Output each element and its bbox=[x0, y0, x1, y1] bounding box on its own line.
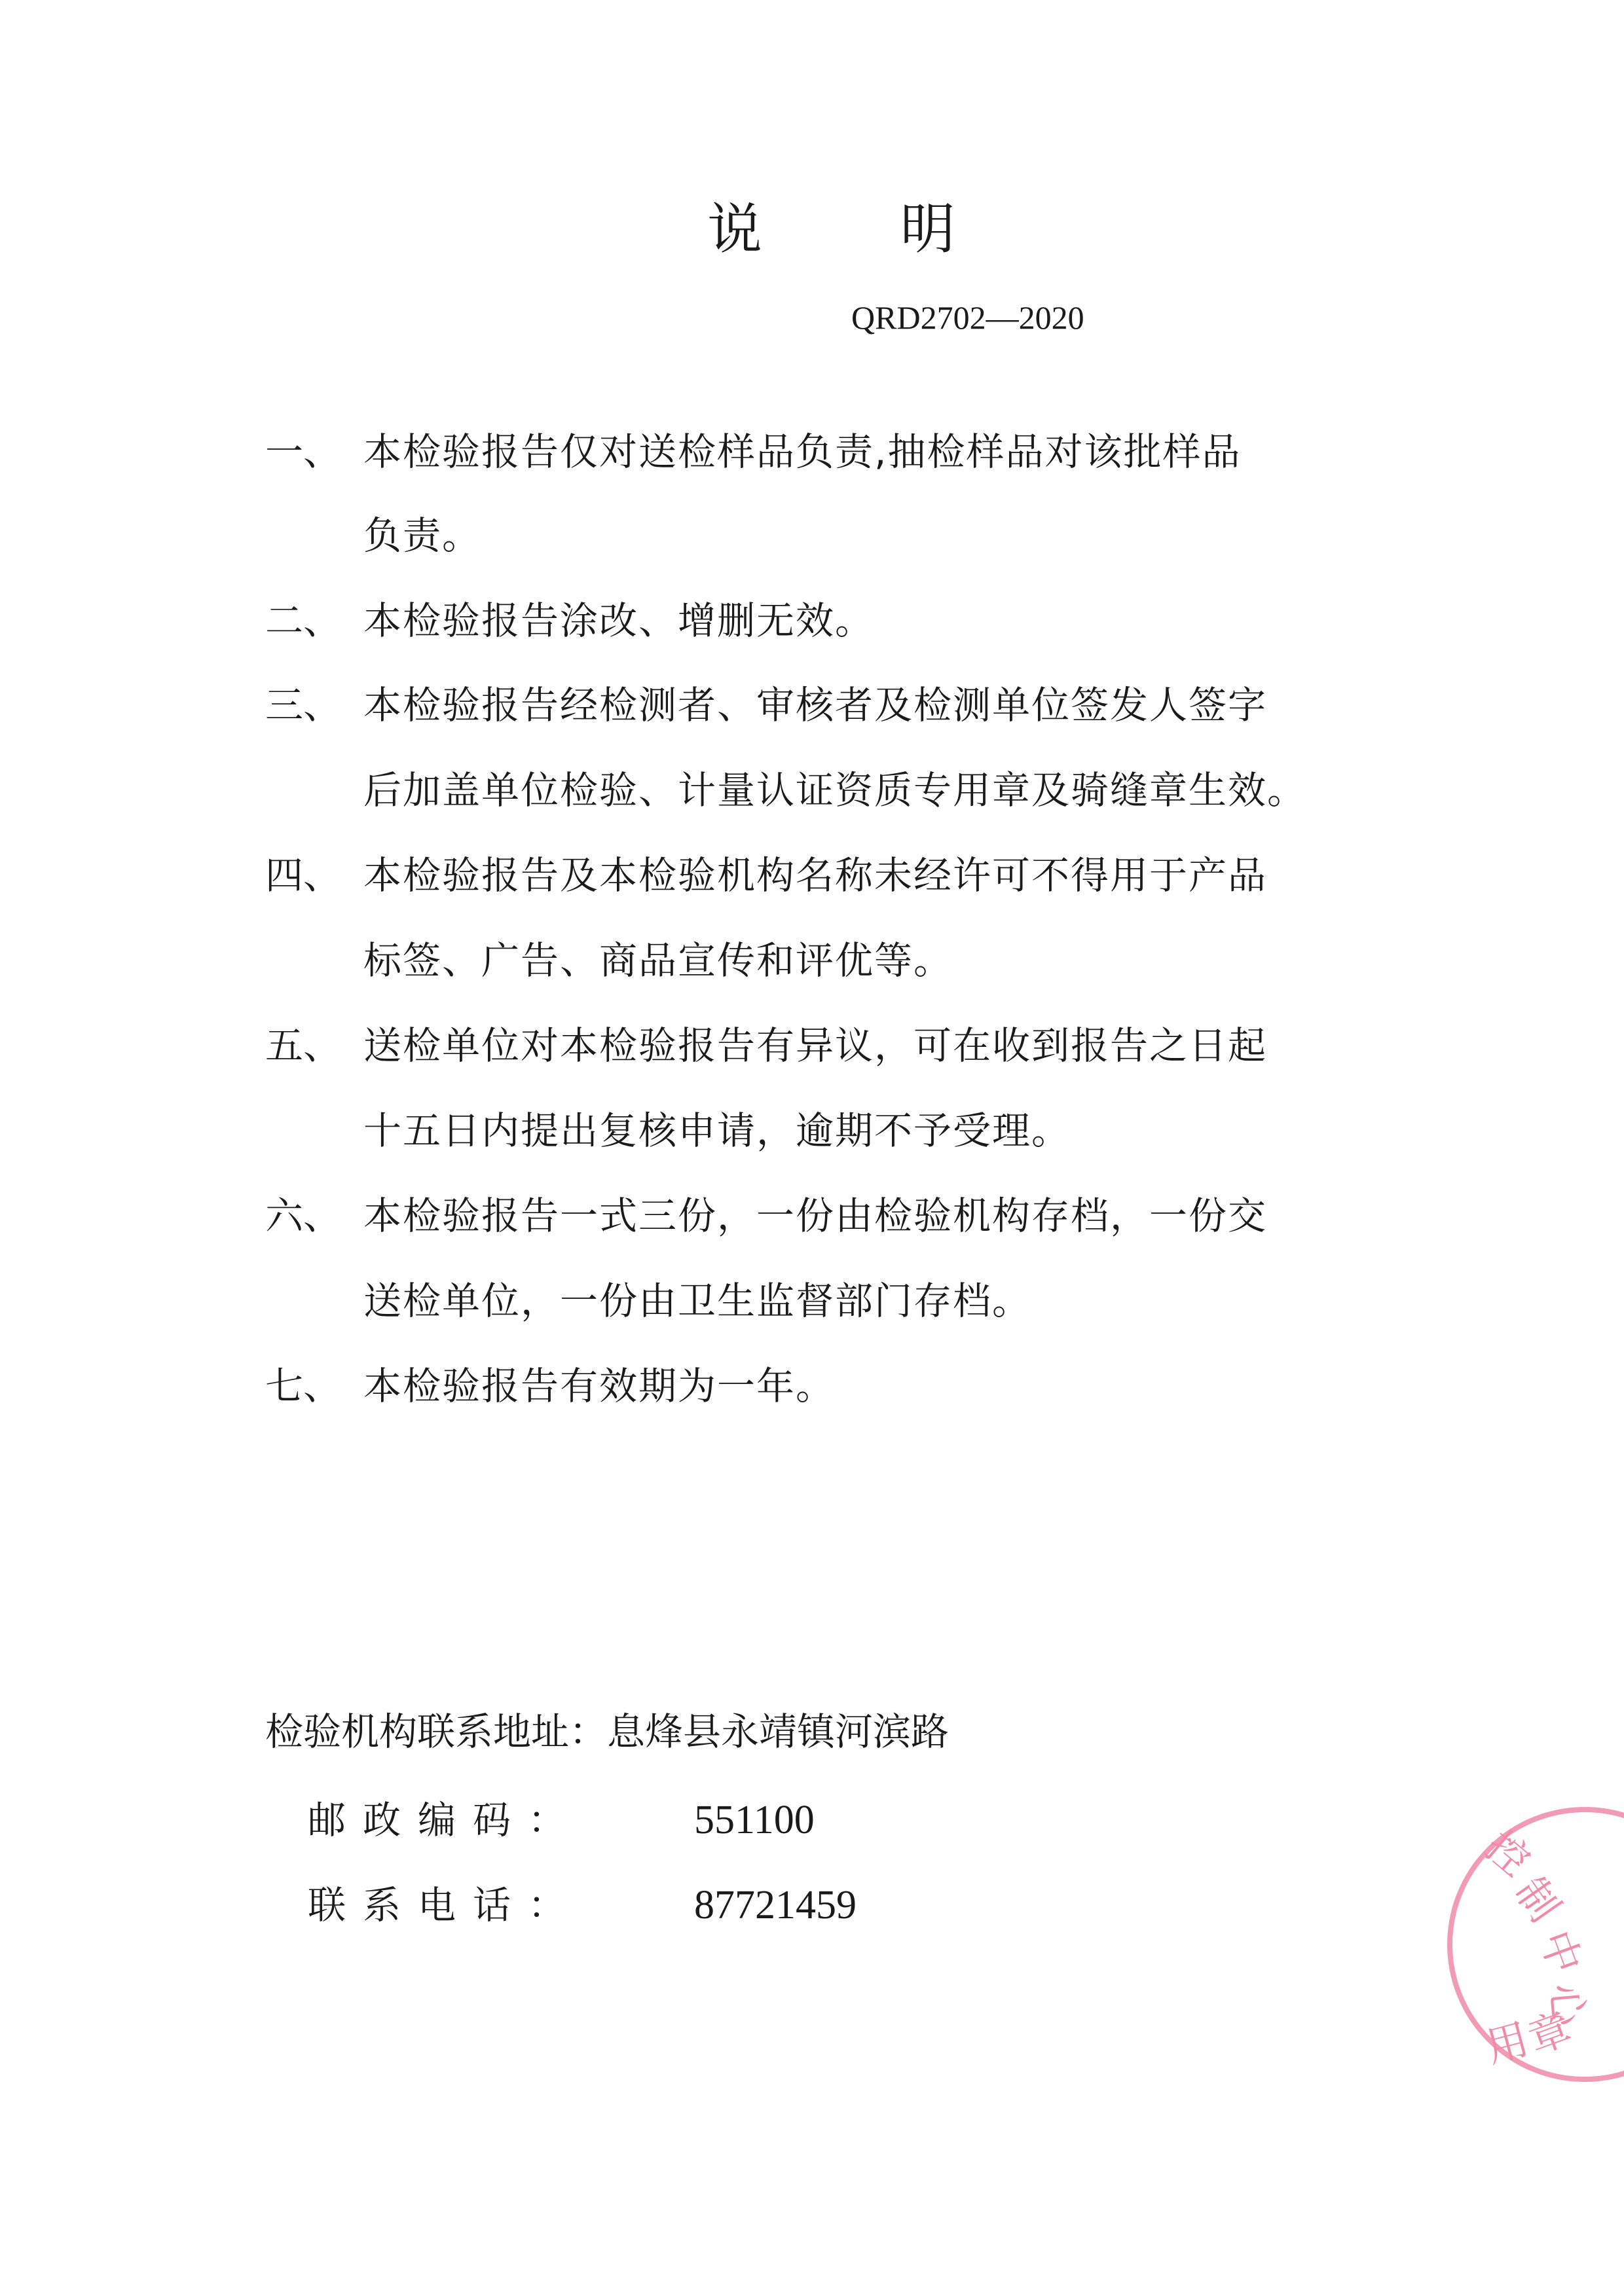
address-value: 息烽县永靖镇河滨路 bbox=[607, 1709, 949, 1754]
item-text-line: 标签、广告、商品宣传和评优等。 bbox=[363, 938, 953, 983]
postcode-value: 551100 bbox=[694, 1797, 815, 1843]
phone-value: 87721459 bbox=[694, 1882, 857, 1928]
item-number: 二、 bbox=[265, 598, 363, 644]
item-number: 四、 bbox=[265, 852, 363, 898]
item-text-line: 本检验报告仅对送检样品负责,抽检样品对该批样品 bbox=[363, 429, 1241, 475]
item-text-line: 本检验报告经检测者、审核者及检测单位签发人签字 bbox=[363, 682, 1267, 728]
page-title: 说 明 bbox=[707, 196, 1016, 262]
item-text-line: 本检验报告一式三份，一份由检验机构存档，一份交 bbox=[363, 1193, 1267, 1239]
item-number: 六、 bbox=[265, 1193, 363, 1239]
document-number: QRD2702—2020 bbox=[851, 295, 1084, 340]
item-number: 五、 bbox=[265, 1023, 363, 1068]
item-text-line: 负责。 bbox=[363, 513, 481, 558]
item-text-line: 本检验报告及本检验机构名称未经许可不得用于产品 bbox=[363, 852, 1267, 898]
address-label: 检验机构联系地址： bbox=[265, 1709, 607, 1754]
contact-address: 检验机构联系地址：息烽县永靖镇河滨路 bbox=[265, 1709, 949, 1755]
item-number: 一、 bbox=[265, 429, 363, 475]
phone-label: 联系电话： bbox=[308, 1883, 583, 1927]
item-text-line: 送检单位对本检验报告有异议，可在收到报告之日起 bbox=[363, 1023, 1267, 1068]
item-text-line: 送检单位，一份由卫生监督部门存档。 bbox=[363, 1278, 1031, 1324]
contact-postcode: 邮政编码： 551100 bbox=[308, 1797, 583, 1843]
contact-phone: 联系电话： 87721459 bbox=[308, 1882, 583, 1928]
item-text-line: 本检验报告涂改、增删无效。 bbox=[363, 598, 874, 644]
item-text-line: 后加盖单位检验、计量认证资质专用章及骑缝章生效。 bbox=[363, 767, 1306, 813]
postcode-label: 邮政编码： bbox=[308, 1798, 583, 1842]
item-text-line: 十五日内提出复核申请，逾期不予受理。 bbox=[363, 1108, 1071, 1154]
item-number: 七、 bbox=[265, 1363, 363, 1409]
item-text-line: 本检验报告有效期为一年。 bbox=[363, 1363, 835, 1409]
item-number: 三、 bbox=[265, 682, 363, 728]
